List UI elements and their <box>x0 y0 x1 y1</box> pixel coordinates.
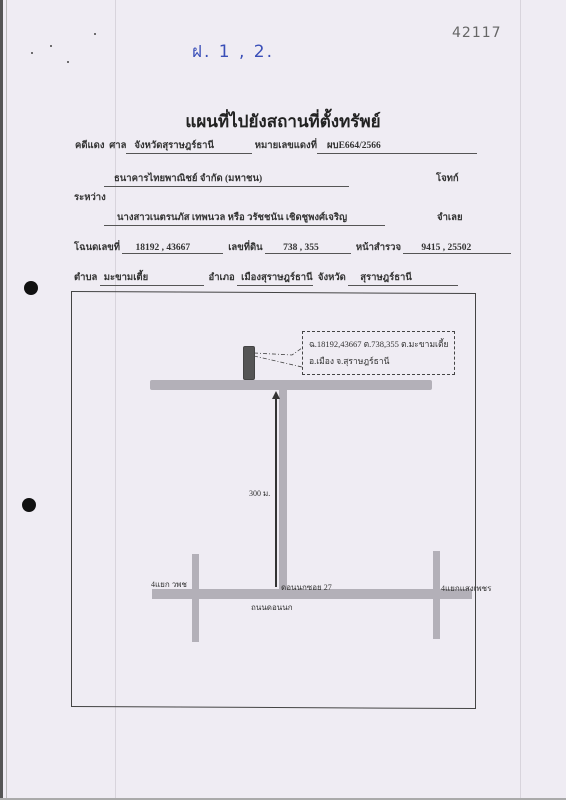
main-road-label: ถนนดอนนก <box>251 601 293 614</box>
property-callout: ฉ.18192,43667 ต.738,355 ต.มะขามเตี้ย อ.เ… <box>302 331 455 375</box>
distance-label: 300 ม. <box>249 487 270 500</box>
callout-leader <box>0 0 566 800</box>
callout-line1: ฉ.18192,43667 ต.738,355 ต.มะขามเตี้ย <box>309 336 448 353</box>
direction-arrow-shaft <box>275 399 277 587</box>
soi-label: ดอนนกซอย 27 <box>281 581 332 594</box>
left-junction-label: 4แยก วพช <box>151 578 187 591</box>
callout-line2: อ.เมือง จ.สุราษฎร์ธานี <box>309 353 448 370</box>
right-junction-label: 4แยกแสงเพชร <box>441 582 491 595</box>
arrow-up-icon <box>272 391 280 399</box>
